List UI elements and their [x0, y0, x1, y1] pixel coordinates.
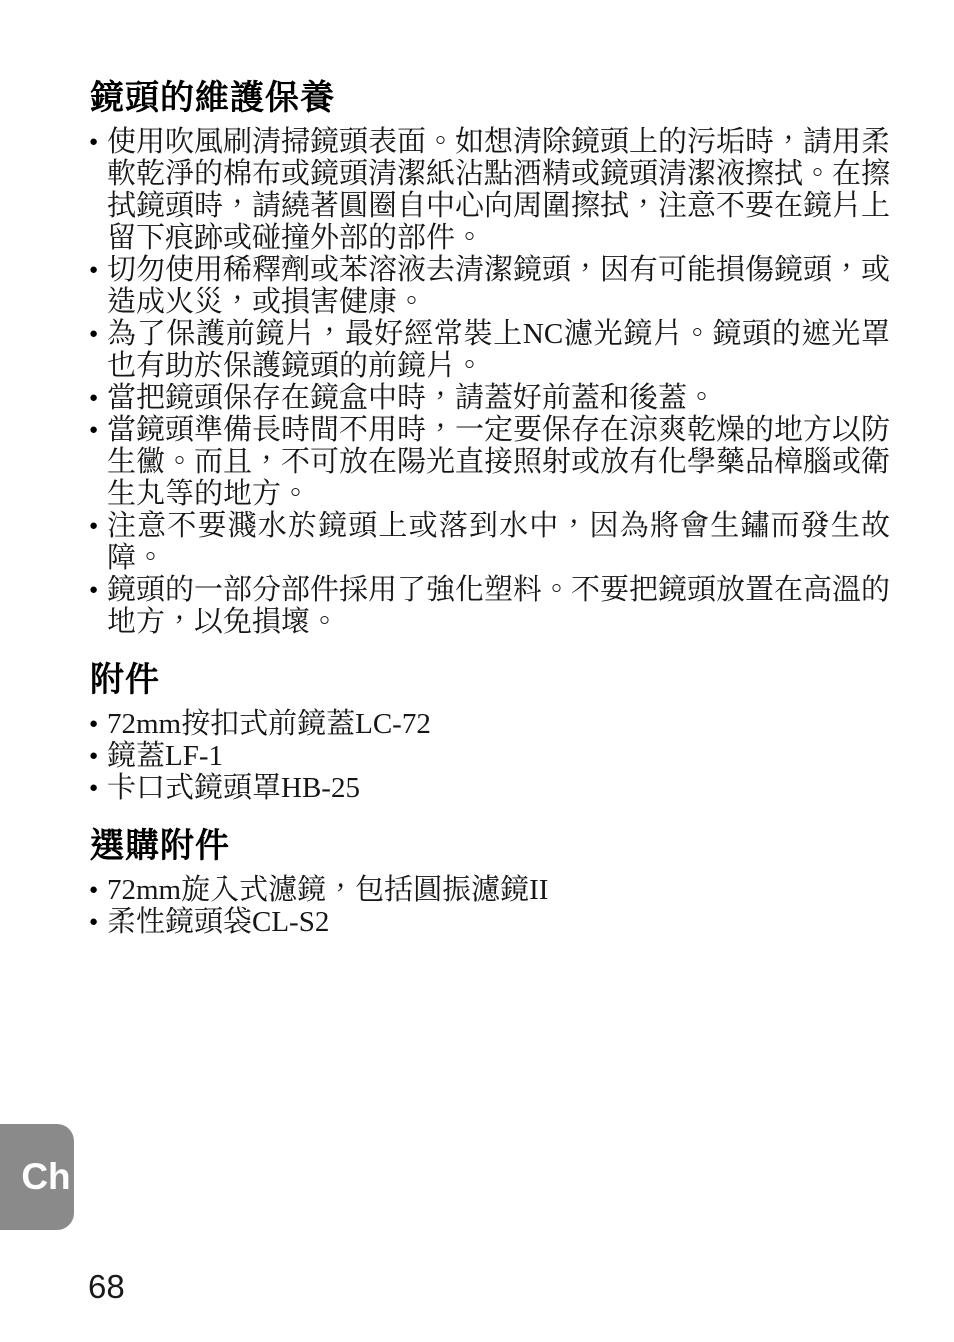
bullet-text: 當把鏡頭保存在鏡盒中時，請蓋好前蓋和後蓋。 [107, 382, 716, 414]
bullet-item: ●鏡頭的一部分部件採用了強化塑料。不要把鏡頭放置在高溫的地方，以免損壞。 [90, 574, 890, 638]
bullet-text: 72mm按扣式前鏡蓋LC-72 [107, 708, 431, 740]
bullet-dot-icon: ● [89, 382, 98, 414]
bullet-item: ●注意不要濺水於鏡頭上或落到水中，因為將會生鏽而發生故障。 [90, 510, 890, 574]
language-tab-ch: Ch [0, 1124, 74, 1230]
optional-accessories-heading: 選購附件 [90, 826, 890, 866]
bullet-dot-icon: ● [89, 318, 98, 350]
bullet-item: ●當鏡頭準備長時間不用時，一定要保存在涼爽乾燥的地方以防生黴。而且，不可放在陽光… [90, 414, 890, 510]
section-lens-care: 鏡頭的維護保養 ●使用吹風刷清掃鏡頭表面。如想清除鏡頭上的污垢時，請用柔軟乾淨的… [90, 78, 890, 638]
optional-accessories-bullet-list: ●72mm旋入式濾鏡，包括圓振濾鏡II ●柔性鏡頭袋CL-S2 [90, 874, 890, 938]
bullet-text: 為了保護前鏡片，最好經常裝上NC濾光鏡片。鏡頭的遮光罩也有助於保護鏡頭的前鏡片。 [107, 318, 890, 382]
bullet-dot-icon: ● [89, 708, 98, 740]
bullet-item: ●鏡蓋LF-1 [90, 740, 890, 772]
bullet-text: 鏡頭的一部分部件採用了強化塑料。不要把鏡頭放置在高溫的地方，以免損壞。 [107, 574, 890, 638]
bullet-text: 當鏡頭準備長時間不用時，一定要保存在涼爽乾燥的地方以防生黴。而且，不可放在陽光直… [107, 414, 890, 510]
language-tab-label: Ch [21, 1156, 70, 1198]
bullet-item: ●72mm旋入式濾鏡，包括圓振濾鏡II [90, 874, 890, 906]
bullet-dot-icon: ● [89, 126, 98, 158]
bullet-text: 72mm旋入式濾鏡，包括圓振濾鏡II [107, 874, 548, 906]
bullet-dot-icon: ● [89, 906, 98, 938]
page-content: 鏡頭的維護保養 ●使用吹風刷清掃鏡頭表面。如想清除鏡頭上的污垢時，請用柔軟乾淨的… [90, 78, 890, 938]
bullet-item: ●為了保護前鏡片，最好經常裝上NC濾光鏡片。鏡頭的遮光罩也有助於保護鏡頭的前鏡片… [90, 318, 890, 382]
lens-care-heading: 鏡頭的維護保養 [90, 78, 890, 118]
section-optional-accessories: 選購附件 ●72mm旋入式濾鏡，包括圓振濾鏡II ●柔性鏡頭袋CL-S2 [90, 826, 890, 938]
bullet-item: ●72mm按扣式前鏡蓋LC-72 [90, 708, 890, 740]
bullet-dot-icon: ● [89, 254, 98, 286]
bullet-item: ●使用吹風刷清掃鏡頭表面。如想清除鏡頭上的污垢時，請用柔軟乾淨的棉布或鏡頭清潔紙… [90, 126, 890, 254]
section-accessories: 附件 ●72mm按扣式前鏡蓋LC-72 ●鏡蓋LF-1 ●卡口式鏡頭罩HB-25 [90, 660, 890, 804]
bullet-text: 使用吹風刷清掃鏡頭表面。如想清除鏡頭上的污垢時，請用柔軟乾淨的棉布或鏡頭清潔紙沾… [107, 126, 890, 254]
bullet-dot-icon: ● [89, 740, 98, 772]
page-number: 68 [88, 1268, 125, 1306]
bullet-item: ●柔性鏡頭袋CL-S2 [90, 906, 890, 938]
bullet-dot-icon: ● [89, 510, 98, 542]
bullet-dot-icon: ● [89, 414, 98, 446]
accessories-bullet-list: ●72mm按扣式前鏡蓋LC-72 ●鏡蓋LF-1 ●卡口式鏡頭罩HB-25 [90, 708, 890, 804]
bullet-item: ●卡口式鏡頭罩HB-25 [90, 772, 890, 804]
bullet-item: ●當把鏡頭保存在鏡盒中時，請蓋好前蓋和後蓋。 [90, 382, 890, 414]
bullet-dot-icon: ● [89, 874, 98, 906]
bullet-item: ●切勿使用稀釋劑或苯溶液去清潔鏡頭，因有可能損傷鏡頭，或造成火災，或損害健康。 [90, 254, 890, 318]
bullet-dot-icon: ● [89, 772, 98, 804]
bullet-text: 卡口式鏡頭罩HB-25 [107, 772, 360, 804]
bullet-text: 切勿使用稀釋劑或苯溶液去清潔鏡頭，因有可能損傷鏡頭，或造成火災，或損害健康。 [107, 254, 890, 318]
bullet-text: 鏡蓋LF-1 [107, 740, 223, 772]
lens-care-bullet-list: ●使用吹風刷清掃鏡頭表面。如想清除鏡頭上的污垢時，請用柔軟乾淨的棉布或鏡頭清潔紙… [90, 126, 890, 638]
accessories-heading: 附件 [90, 660, 890, 700]
bullet-dot-icon: ● [89, 574, 98, 606]
bullet-text: 注意不要濺水於鏡頭上或落到水中，因為將會生鏽而發生故障。 [107, 510, 890, 574]
bullet-text: 柔性鏡頭袋CL-S2 [107, 906, 329, 938]
